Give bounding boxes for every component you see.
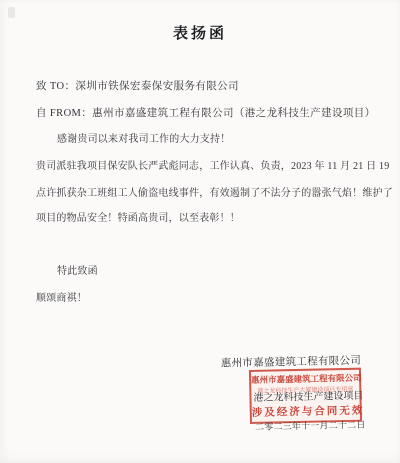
from-line: 自 FROM：惠州市嘉盛建筑工程有限公司（港之龙科技生产建设项目） — [36, 108, 376, 120]
signature-project: 港之龙科技生产建设项目 — [253, 391, 363, 405]
to-line: 致 TO：深圳市铁保宏泰保安服务有限公司 — [36, 81, 239, 93]
body-line-3: 项目的物品安全！特函高贵司，以至表彰！！ — [36, 213, 240, 225]
company-stamp: 惠州市嘉盛建筑工程有限公司 港之龙科技生产大厦建设项目专用章 涉及经济与合同无效 — [249, 368, 362, 424]
signature-company: 惠州市嘉盛建筑工程有限公司 — [221, 356, 362, 371]
stamp-project-line: 港之龙科技生产大厦建设项目专用章 — [251, 384, 359, 395]
body-line-2: 点许抓获杂工班组工人偷盗电线事件，有效遏制了不法分子的嚣张气焰！维护了 — [36, 188, 393, 200]
salutation-line: 顺颂商祺！ — [36, 293, 87, 305]
signature-block: 惠州市嘉盛建筑工程有限公司 惠州市嘉盛建筑工程有限公司 港之龙科技生产大厦建设项… — [0, 0, 400, 463]
scan-artifact — [8, 7, 15, 18]
body-line-1: 贵司派驻我项目保安队长严武彪同志，工作认真、负责，2023 年 11 月 21 … — [36, 161, 389, 173]
stamp-disclaimer: 涉及经济与合同无效 — [252, 403, 360, 420]
stamp-company-name: 惠州市嘉盛建筑工程有限公司 — [251, 372, 359, 386]
letter-title: 表扬函 — [0, 26, 400, 43]
signature-date: 二零二三年十一月二十二日 — [255, 420, 366, 433]
closing-line: 特此致函 — [57, 266, 98, 278]
thanks-line: 感谢贵司以来对我司工作的大力支持！ — [57, 134, 230, 146]
letter-page: 表扬函 致 TO：深圳市铁保宏泰保安服务有限公司 自 FROM：惠州市嘉盛建筑工… — [0, 0, 400, 463]
